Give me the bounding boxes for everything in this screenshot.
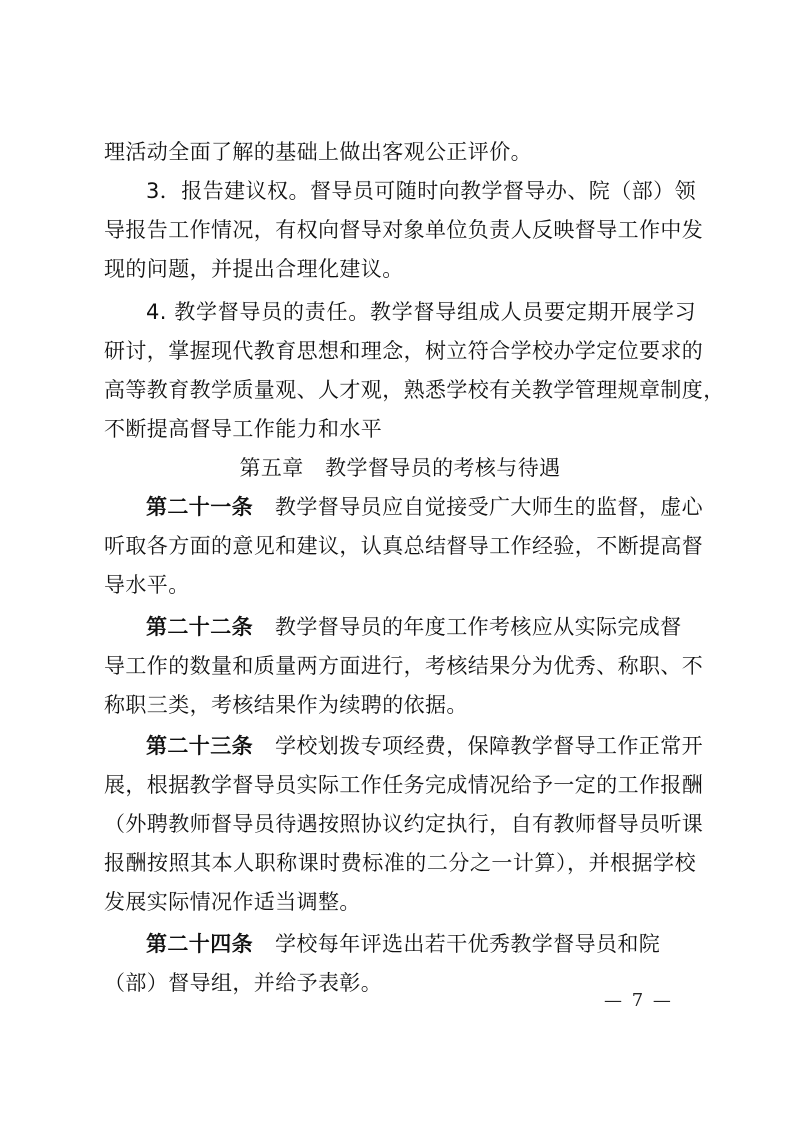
paragraph-item-4-line-4: 不断提高督导工作能力和水平 — [104, 409, 696, 449]
article-23-line-5: 发展实际情况作适当调整。 — [104, 882, 696, 922]
article-23-label: 第二十三条 — [146, 734, 253, 758]
article-21-label: 第二十一条 — [146, 495, 253, 519]
article-23-line-4: 报酬按照其本人职称课时费标准的二分之一计算），并根据学校 — [104, 843, 696, 883]
article-23-line-3: （外聘教师督导员待遇按照协议约定执行，自有教师督导员听课 — [104, 804, 696, 844]
paragraph-item-3-line-1: 3．报告建议权。督导员可随时向教学督导办、院（部）领 — [104, 171, 696, 211]
article-24-text: 学校每年评选出若干优秀教学督导员和院 — [275, 932, 660, 956]
article-24-first-line: 第二十四条学校每年评选出若干优秀教学督导员和院 — [104, 924, 696, 964]
paragraph-item-4-line-1: 4. 教学督导员的责任。教学督导组成人员要定期开展学习 — [104, 292, 696, 332]
page-number: — 7 — — [604, 990, 673, 1011]
chapter-title: 第五章 教学督导员的考核与待遇 — [104, 448, 696, 488]
article-21-text: 教学督导员应自觉接受广大师生的监督，虚心 — [275, 495, 703, 519]
article-22-line-3: 称职三类，考核结果作为续聘的依据。 — [104, 685, 696, 725]
paragraph-continuation-line: 理活动全面了解的基础上做出客观公正评价。 — [104, 132, 696, 172]
article-24-label: 第二十四条 — [146, 932, 253, 956]
article-21-line-2: 听取各方面的意见和建议，认真总结督导工作经验，不断提高督 — [104, 526, 696, 566]
article-23-line-2: 展，根据教学督导员实际工作任务完成情况给予一定的工作报酬 — [104, 765, 696, 805]
article-22-text: 教学督导员的年度工作考核应从实际完成督 — [275, 615, 682, 639]
article-22-label: 第二十二条 — [146, 615, 253, 639]
article-21-first-line: 第二十一条教学督导员应自觉接受广大师生的监督，虚心 — [104, 487, 696, 527]
article-23-first-line: 第二十三条学校划拨专项经费，保障教学督导工作正常开 — [104, 726, 696, 766]
paragraph-item-4-line-2: 研讨，掌握现代教育思想和理念，树立符合学校办学定位要求的 — [104, 331, 696, 371]
article-22-line-2: 导工作的数量和质量两方面进行，考核结果分为优秀、称职、不 — [104, 646, 696, 686]
article-21-line-3: 导水平。 — [104, 565, 696, 605]
paragraph-item-3-line-3: 现的问题，并提出合理化建议。 — [104, 249, 696, 289]
paragraph-item-4-line-3: 高等教育教学质量观、人才观，熟悉学校有关教学管理规章制度， — [104, 370, 696, 410]
paragraph-item-3-line-2: 导报告工作情况，有权向督导对象单位负责人反映督导工作中发 — [104, 210, 696, 250]
article-23-text: 学校划拨专项经费，保障教学督导工作正常开 — [275, 734, 703, 758]
article-22-first-line: 第二十二条教学督导员的年度工作考核应从实际完成督 — [104, 607, 696, 647]
